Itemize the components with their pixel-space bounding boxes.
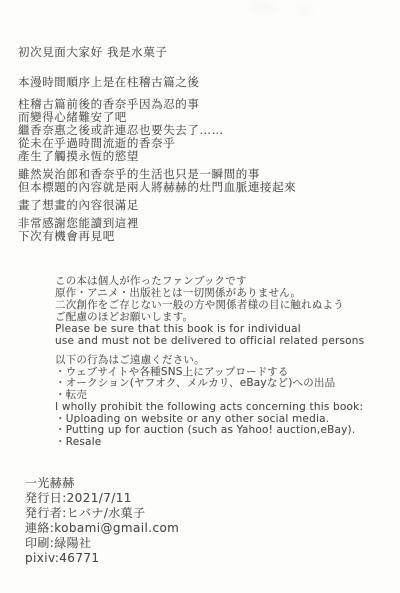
afterword-farewell-line: 下次有機會再見吧 (18, 230, 296, 243)
colophon-contact-email: 連絡:kobami@gmail.com (25, 521, 179, 536)
scan-smudge (298, 8, 312, 14)
afterword-line: 產生了觸摸永恆的慾望 (18, 150, 296, 163)
disclaimer-line-en: Please be sure that this book is for ind… (55, 323, 364, 335)
disclaimer-line: 二次創作をご存じない一般の方や関係者様の目に触れぬよう (55, 299, 364, 311)
disclaimer-line: 原作・アニメ・出版社とは一切関係がありません。 (55, 287, 364, 299)
scanned-afterword-page: 初次見面大家好 我是水菓子 本漫時間順序上是在柱稽古篇之後 柱稽古篇前後的香奈乎… (0, 0, 400, 593)
colophon-block: 一光赫赫 発行日:2021/7/11 発行者:ヒバナ/水菓子 連絡:kobami… (25, 476, 179, 566)
book-title: 一光赫赫 (25, 476, 179, 491)
disclaimer-line: この本は個人が作ったファンブックです (55, 275, 364, 287)
fanbook-disclaimer-block: この本は個人が作ったファンブックです 原作・アニメ・出版社とは一切関係がありませ… (55, 275, 364, 347)
colophon-pixiv-id: pixiv:46771 (25, 551, 179, 566)
disclaimer-line-en: use and must not be delivered to officia… (55, 335, 364, 347)
afterword-text-block: 初次見面大家好 我是水菓子 本漫時間順序上是在柱稽古篇之後 柱稽古篇前後的香奈乎… (18, 46, 296, 243)
prohibited-acts-block: 以下の行為はご遠慮ください。 ・ウェブサイトや各種SNS上にアップロードする ・… (55, 355, 363, 449)
afterword-line: 但本標題的內容就是兩人將赫赫的灶門血脈連接起來 (18, 181, 296, 194)
scan-smudge (250, 2, 276, 10)
prohibition-item-en: ・Putting up for auction (such as Yahoo! … (55, 425, 363, 437)
colophon-publisher: 発行者:ヒバナ/水菓子 (25, 506, 179, 521)
colophon-publish-date: 発行日:2021/7/11 (25, 491, 179, 506)
prohibition-item-en: ・Resale (55, 437, 363, 449)
prohibition-heading-en: I wholly prohibit the following acts con… (55, 402, 363, 414)
prohibition-heading-jp: 以下の行為はご遠慮ください。 (55, 355, 363, 367)
colophon-printer: 印刷:緑陽社 (25, 536, 179, 551)
disclaimer-line: ご配慮のほどお願いします。 (55, 311, 364, 323)
afterword-line: 畫了想畫的內容很滿足 (18, 199, 296, 212)
prohibition-item: ・オークション(ヤフオク、メルカリ、eBayなど)への出品 (55, 378, 363, 390)
afterword-greeting-line: 初次見面大家好 我是水菓子 (18, 46, 296, 59)
afterword-line: 本漫時間順序上是在柱稽古篇之後 (18, 76, 296, 89)
